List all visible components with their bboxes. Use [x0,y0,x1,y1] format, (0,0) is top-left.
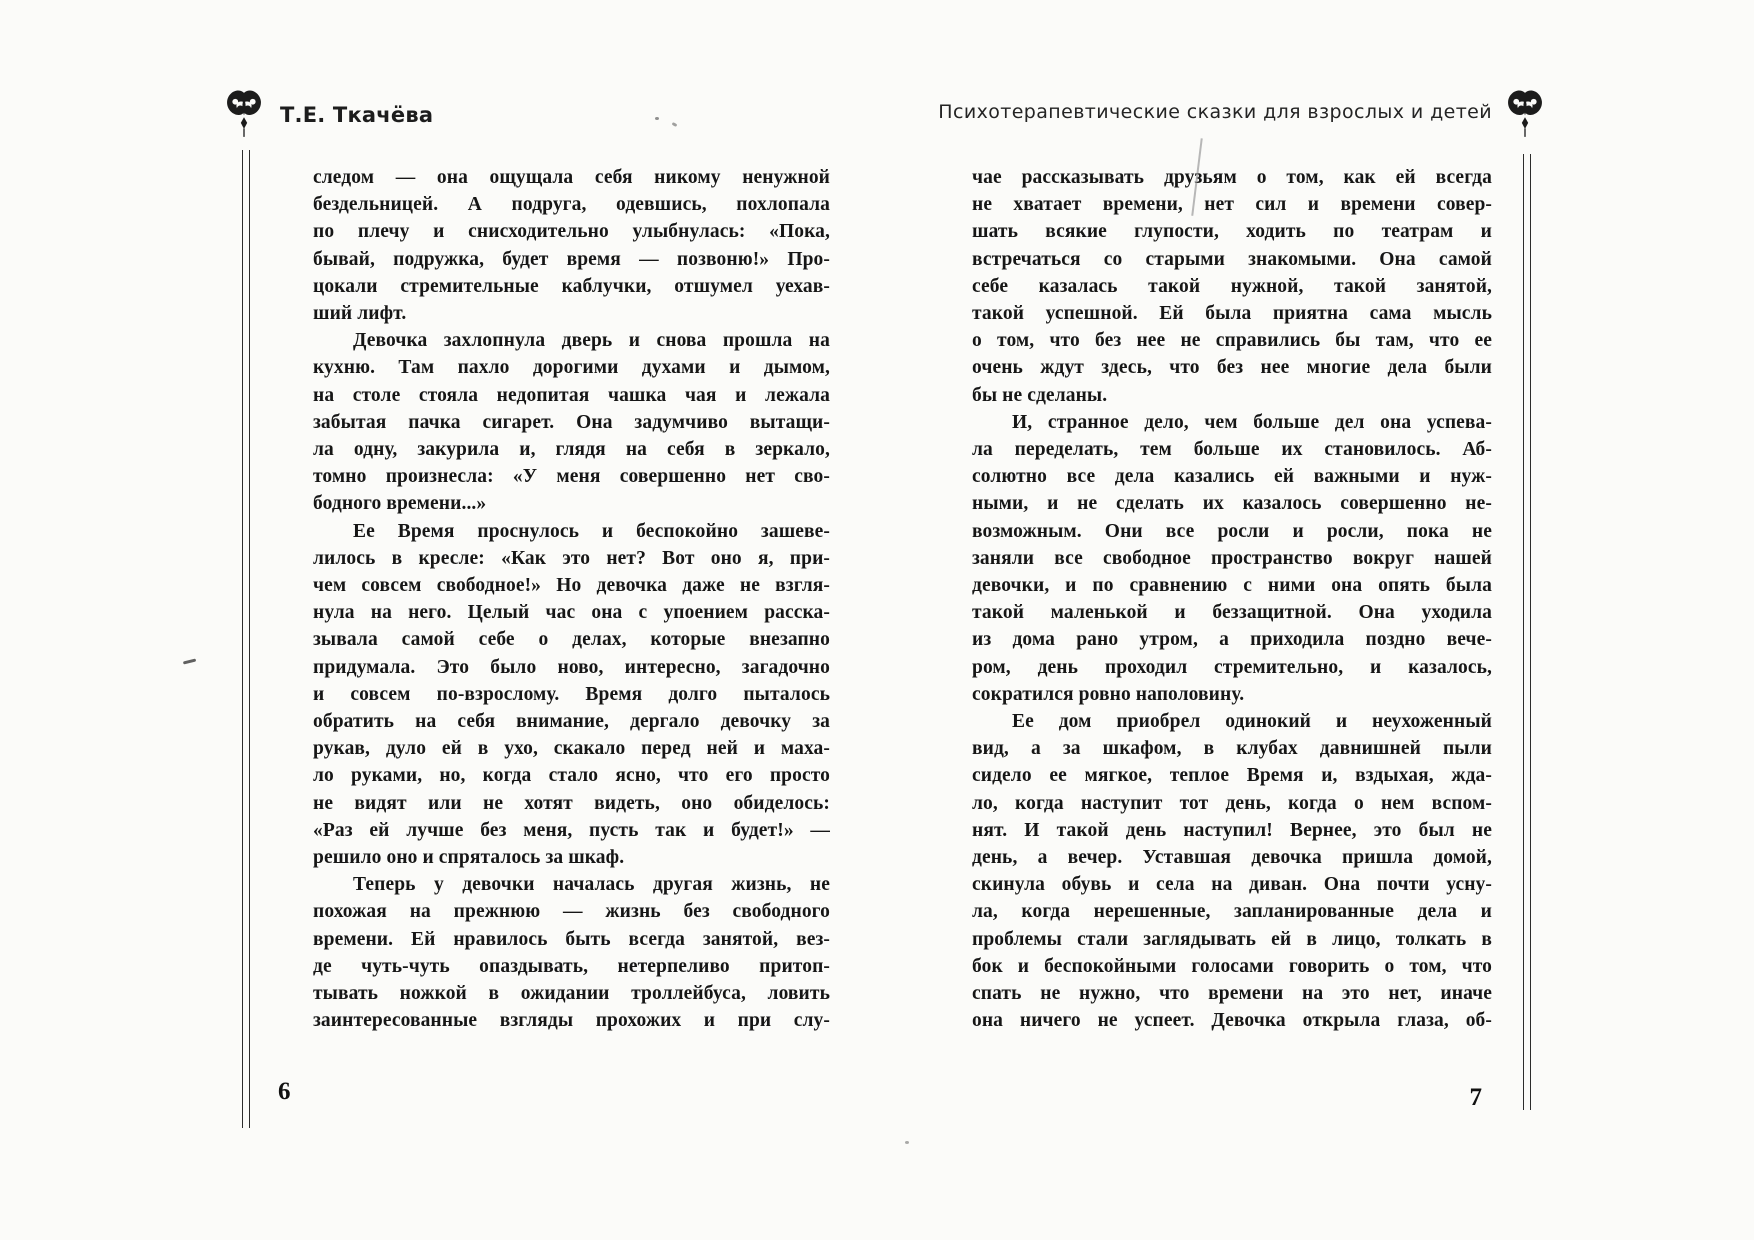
text-line: возможным. Они все росли и росли, пока н… [972,518,1492,545]
text-line: времени. Ей нравилось быть всегда занято… [313,926,830,953]
text-line: забытая пачка сигарет. Она задумчиво выт… [313,409,830,436]
text-line: ром, день проходил стремительно, и казал… [972,654,1492,681]
text-line: ший лифт. [313,300,830,327]
text-line: чае рассказывать друзьям о том, как ей в… [972,164,1492,191]
text-line: бывай, подружка, будет время — позвоню!»… [313,246,830,273]
scan-speck [672,122,678,127]
fleuron-ornament-icon [225,90,263,150]
vertical-rule-right [1523,154,1531,1110]
text-line: себе казалась такой нужной, такой занято… [972,273,1492,300]
text-line: бок и беспокойными голосами говорить о т… [972,953,1492,980]
text-line: такой успешной. Ей была приятна сама мыс… [972,300,1492,327]
text-line: сократился ровно наполовину. [972,681,1492,708]
text-line: Ее Время проснулось и беспокойно зашеве- [313,518,830,545]
text-line: нула на него. Целый час она с упоением р… [313,599,830,626]
text-line: чем совсем свободное!» Но девочка даже н… [313,572,830,599]
text-line: и совсем по-взрослому. Время долго пытал… [313,681,830,708]
text-line: лилось в кресле: «Как это нет? Вот оно я… [313,545,830,572]
text-line: рукав, дуло ей в ухо, скакало перед ней … [313,735,830,762]
scan-speck [905,1141,909,1144]
page-number-right: 7 [1470,1084,1483,1112]
text-line: ло руками, но, когда стало ясно, что его… [313,762,830,789]
text-line: тывать ножкой в ожидании троллейбуса, ло… [313,980,830,1007]
text-line: очень ждут здесь, что без нее многие дел… [972,354,1492,381]
text-line: И, странное дело, чем больше дел она усп… [972,409,1492,436]
text-line: бы не сделаны. [972,382,1492,409]
text-line: ными, и не сделать их казалось совершенн… [972,490,1492,517]
text-line: Ее дом приобрел одинокий и неухоженный [972,708,1492,735]
running-header-book-title: Психотерапевтические сказки для взрослых… [938,101,1492,123]
text-line: день, а вечер. Уставшая девочка пришла д… [972,844,1492,871]
book-spread: Т.Е. Ткачёва Психотерапевтические сказки… [0,0,1754,1240]
text-line: сидело ее мягкое, теплое Время и, вздыха… [972,762,1492,789]
text-line: проблемы стали заглядывать ей в лицо, то… [972,926,1492,953]
text-line: ла, когда нерешенные, запланированные де… [972,898,1492,925]
text-line: шать всякие глупости, ходить по театрам … [972,218,1492,245]
text-line: не хватает времени, нет сил и времени со… [972,191,1492,218]
text-line: спать не нужно, что времени на это нет, … [972,980,1492,1007]
vertical-rule-left [242,150,250,1128]
text-line: кухню. Там пахло дорогими духами и дымом… [313,354,830,381]
text-line: бодного времени...» [313,490,830,517]
scan-speck [655,117,659,120]
text-line: о том, что без нее не справились бы там,… [972,327,1492,354]
text-line: ло, когда наступит тот день, когда о нем… [972,790,1492,817]
text-line: не видят или не хотят видеть, оно обидел… [313,790,830,817]
text-line: решило оно и спряталось за шкаф. [313,844,830,871]
text-line: похожая на прежнюю — жизнь без свободног… [313,898,830,925]
scan-mark [183,658,196,664]
page-number-left: 6 [278,1078,291,1106]
page-7-text-column: чае рассказывать друзьям о том, как ей в… [972,164,1492,1035]
text-line: на столе стояла недопитая чашка чая и ле… [313,382,830,409]
fleuron-ornament-icon [1506,90,1544,150]
text-line: девочки, и по сравнению с ними она опять… [972,572,1492,599]
text-line: по плечу и снисходительно улыбнулась: «П… [313,218,830,245]
text-line: бездельницей. А подруга, одевшись, похло… [313,191,830,218]
text-line: цокали стремительные каблучки, отшумел у… [313,273,830,300]
text-line: она ничего не успеет. Девочка открыла гл… [972,1007,1492,1034]
text-line: зывала самой себе о делах, которые внеза… [313,626,830,653]
text-line: вид, а за шкафом, в клубах давнишней пыл… [972,735,1492,762]
text-line: «Раз ей лучше без меня, пусть так и буде… [313,817,830,844]
running-header-author: Т.Е. Ткачёва [280,103,433,127]
text-line: де чуть-чуть опаздывать, нетерпеливо при… [313,953,830,980]
text-line: встречаться со старыми знакомыми. Она са… [972,246,1492,273]
page-6-text-column: следом — она ощущала себя никому ненужно… [313,164,830,1035]
text-line: ла переделать, тем больше их становилось… [972,436,1492,463]
text-line: нят. И такой день наступил! Вернее, это … [972,817,1492,844]
text-line: Девочка захлопнула дверь и снова прошла … [313,327,830,354]
text-line: придумала. Это было ново, интересно, заг… [313,654,830,681]
text-line: заинтересованные взгляды прохожих и при … [313,1007,830,1034]
text-line: солютно все дела казались ей важными и н… [972,463,1492,490]
text-line: из дома рано утром, а приходила поздно в… [972,626,1492,653]
text-line: ла одну, закурила и, глядя на себя в зер… [313,436,830,463]
text-line: следом — она ощущала себя никому ненужно… [313,164,830,191]
text-line: обратить на себя внимание, дергало девоч… [313,708,830,735]
text-line: такой маленькой и беззащитной. Она уходи… [972,599,1492,626]
text-line: томно произнесла: «У меня совершенно нет… [313,463,830,490]
text-line: скинула обувь и села на диван. Она почти… [972,871,1492,898]
text-line: заняли все свободное пространство вокруг… [972,545,1492,572]
text-line: Теперь у девочки началась другая жизнь, … [313,871,830,898]
